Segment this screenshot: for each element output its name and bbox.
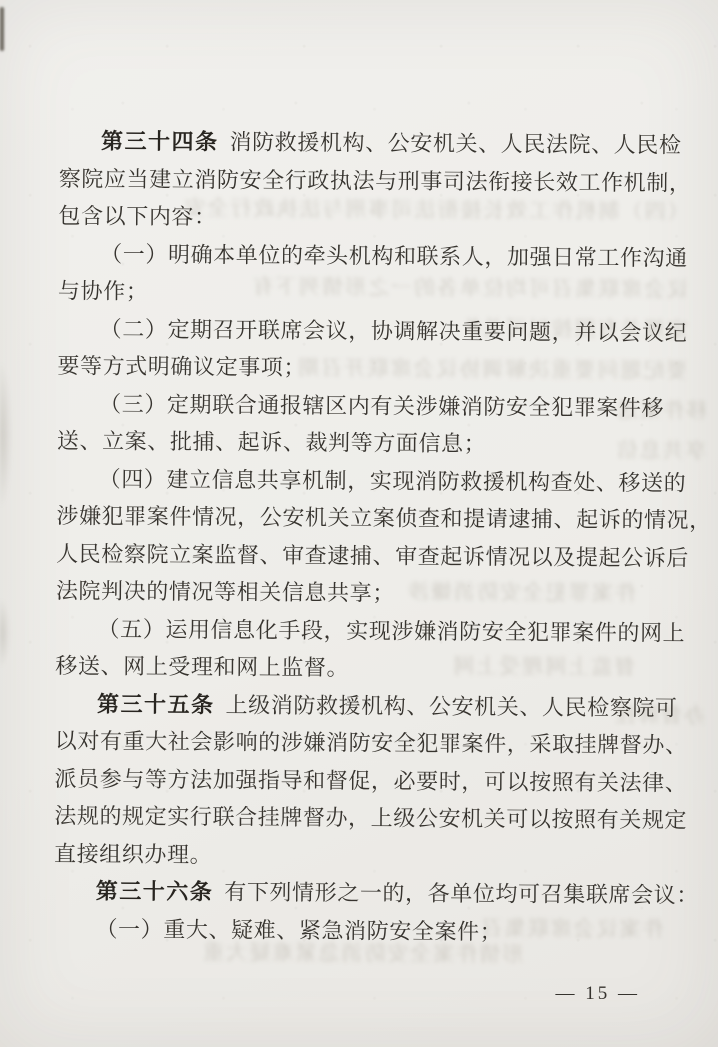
text-line: 法院判决的情况等相关信息共享；: [56, 572, 692, 614]
text-line: 要等方式明确议定事项；: [57, 347, 693, 389]
text-line-content: （一）明确本单位的牵头机构和联系人，加强日常工作沟通: [100, 241, 688, 270]
text-line: （五）运用信息化手段，实现涉嫌消防安全犯罪案件的网上: [55, 610, 691, 652]
text-line: （二）定期召开联席会议，协调解决重要问题，并以会议纪: [58, 310, 694, 352]
text-line-content: 要等方式明确议定事项；: [57, 353, 306, 380]
text-line-content: 人民检察院立案监督、审查逮捕、审查起诉情况以及提起公诉后: [56, 541, 689, 570]
text-line: 移送、网上受理和网上监督。: [55, 647, 691, 689]
article-number: 第三十六条: [96, 878, 214, 904]
text-line-content: （四）建立信息共享机制，实现消防救援机构查处、移送的: [99, 466, 687, 495]
text-line: 第三十六条有下列情形之一的，各单位均可召集联席会议：: [54, 872, 690, 914]
text-line: （一）重大、疑难、紧急消防安全案件；: [53, 910, 689, 952]
scanned-document-page: （四）制机作工效长接衔法司事刑与法执政行全安议会席联集召可均位单各的一之形情列下…: [0, 0, 718, 1047]
text-line-content: 以对有重大社会影响的涉嫌消防安全犯罪案件，采取挂牌督办、: [55, 728, 688, 757]
page-number: — 15 —: [556, 983, 641, 1005]
text-line: 涉嫌犯罪案件情况，公安机关立案侦查和提请逮捕、起诉的情况，: [56, 497, 692, 539]
text-line-content: 送、立案、批捕、起诉、裁判等方面信息；: [57, 428, 487, 456]
text-line-content: 上级消防救援机构、公安机关、人民检察院可: [226, 692, 678, 720]
text-line-content: 涉嫌犯罪案件情况，公安机关立案侦查和提请逮捕、起诉的情况，: [56, 503, 712, 533]
text-line-content: 消防救援机构、公安机关、人民法院、人民检: [229, 129, 681, 157]
text-line: 派员参与等方法加强指导和督促，必要时，可以按照有关法律、: [54, 760, 690, 802]
text-line-content: 有下列情形之一的，各单位均可召集联席会议：: [224, 879, 699, 907]
text-line: （三）定期联合通报辖区内有关涉嫌消防安全犯罪案件移: [57, 385, 693, 427]
text-line: 第三十四条消防救援机构、公安机关、人民法院、人民检: [59, 122, 695, 164]
text-line: 第三十五条上级消防救援机构、公安机关、人民检察院可: [55, 685, 691, 727]
text-line: 送、立案、批捕、起诉、裁判等方面信息；: [57, 422, 693, 464]
text-line-content: 包含以下内容：: [58, 203, 216, 229]
page-content-rotated: （四）制机作工效长接衔法司事刑与法执政行全安议会席联集召可均位单各的一之形情列下…: [0, 0, 718, 1047]
text-line-content: 与协作；: [58, 278, 149, 304]
article-number: 第三十五条: [97, 691, 215, 717]
text-line: 察院应当建立消防安全行政执法与刑事司法衔接长效工作机制，: [59, 160, 695, 202]
text-line: （四）建立信息共享机制，实现消防救援机构查处、移送的: [57, 460, 693, 502]
text-line-content: （一）重大、疑难、紧急消防安全案件；: [95, 916, 502, 944]
text-line-content: 法规的规定实行联合挂牌督办，上级公安机关可以按照有关规定: [54, 803, 687, 832]
text-line: 以对有重大社会影响的涉嫌消防安全犯罪案件，采取挂牌督办、: [55, 722, 691, 764]
text-line: 与协作；: [58, 272, 694, 314]
text-line: 包含以下内容：: [58, 197, 694, 239]
text-line: 人民检察院立案监督、审查逮捕、审查起诉情况以及提起公诉后: [56, 535, 692, 577]
text-line-content: 派员参与等方法加强指导和督促，必要时，可以按照有关法律、: [54, 766, 687, 795]
text-line: 直接组织办理。: [54, 835, 690, 877]
text-line-content: 法院判决的情况等相关信息共享；: [56, 578, 395, 605]
text-line-content: 移送、网上受理和网上监督。: [55, 653, 349, 680]
text-line-content: （二）定期召开联席会议，协调解决重要问题，并以会议纪: [100, 316, 688, 345]
article-number: 第三十四条: [101, 128, 219, 154]
text-line: 法规的规定实行联合挂牌督办，上级公安机关可以按照有关规定: [54, 797, 690, 839]
text-line-content: 察院应当建立消防安全行政执法与刑事司法衔接长效工作机制，: [59, 166, 692, 195]
document-body-text: 第三十四条消防救援机构、公安机关、人民法院、人民检察院应当建立消防安全行政执法与…: [53, 122, 695, 951]
text-line-content: 直接组织办理。: [54, 841, 212, 867]
text-line-content: （三）定期联合通报辖区内有关涉嫌消防安全犯罪案件移: [99, 391, 664, 420]
text-line-content: （五）运用信息化手段，实现涉嫌消防安全犯罪案件的网上: [98, 616, 686, 645]
text-line: （一）明确本单位的牵头机构和联系人，加强日常工作沟通: [58, 235, 694, 277]
